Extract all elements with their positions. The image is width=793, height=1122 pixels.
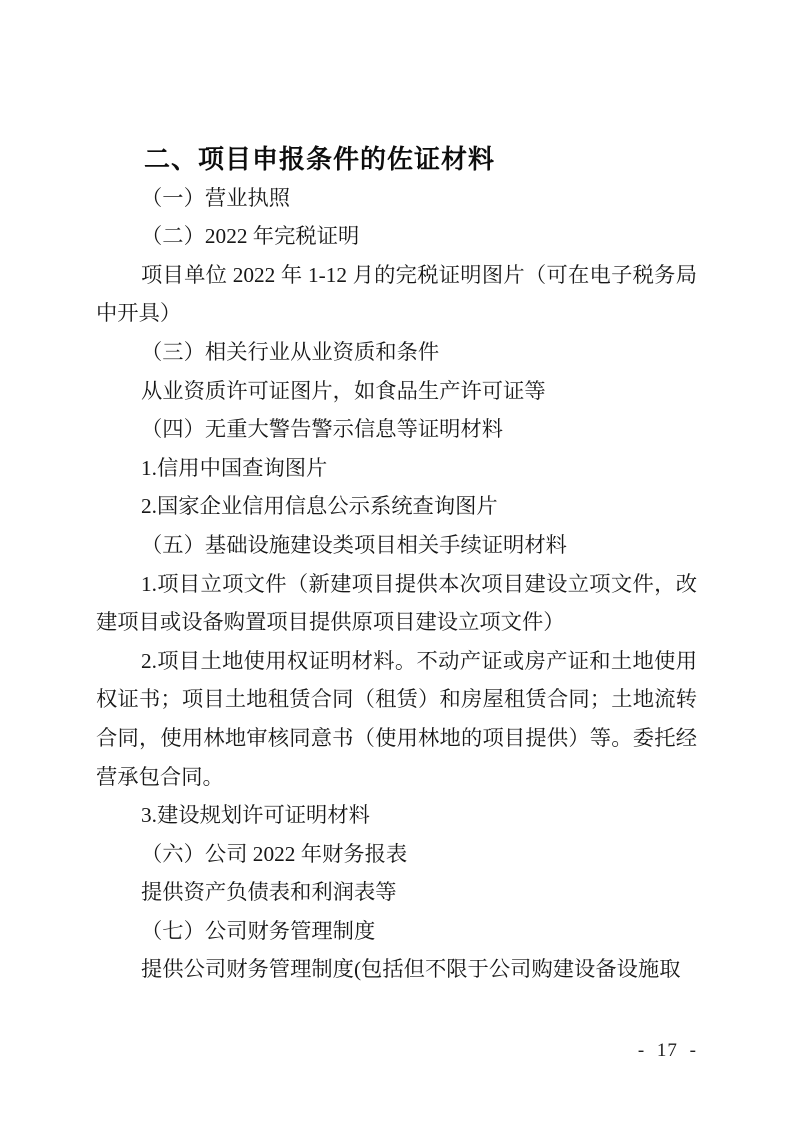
paragraph: （五）基础设施建设类项目相关手续证明材料 [96, 526, 697, 565]
paragraph: （四）无重大警告警示信息等证明材料 [96, 410, 697, 449]
document-body: 二、项目申报条件的佐证材料（一）营业执照（二）2022 年完税证明项目单位 20… [96, 140, 697, 989]
paragraph: 1.信用中国查询图片 [96, 449, 697, 488]
paragraph: 提供公司财务管理制度(包括但不限于公司购建设备设施取 [96, 950, 697, 989]
paragraph: （三）相关行业从业资质和条件 [96, 333, 697, 372]
paragraph: （七）公司财务管理制度 [96, 912, 697, 951]
paragraph: 1.项目立项文件（新建项目提供本次项目建设立项文件，改建项目或设备购置项目提供原… [96, 565, 697, 642]
page-number: - 17 - [638, 1040, 697, 1062]
paragraph: （一）营业执照 [96, 179, 697, 218]
paragraph: （二）2022 年完税证明 [96, 217, 697, 256]
paragraph: 从业资质许可证图片，如食品生产许可证等 [96, 372, 697, 411]
paragraph: （六）公司 2022 年财务报表 [96, 835, 697, 874]
paragraph: 提供资产负债表和利润表等 [96, 873, 697, 912]
paragraph: 项目单位 2022 年 1-12 月的完税证明图片（可在电子税务局中开具） [96, 256, 697, 333]
paragraph: 2.国家企业信用信息公示系统查询图片 [96, 487, 697, 526]
document-page: 二、项目申报条件的佐证材料（一）营业执照（二）2022 年完税证明项目单位 20… [0, 0, 793, 1122]
paragraph: 2.项目土地使用权证明材料。不动产证或房产证和土地使用权证书；项目土地租赁合同（… [96, 642, 697, 796]
paragraph: 3.建设规划许可证明材料 [96, 796, 697, 835]
section-heading: 二、项目申报条件的佐证材料 [96, 140, 697, 179]
